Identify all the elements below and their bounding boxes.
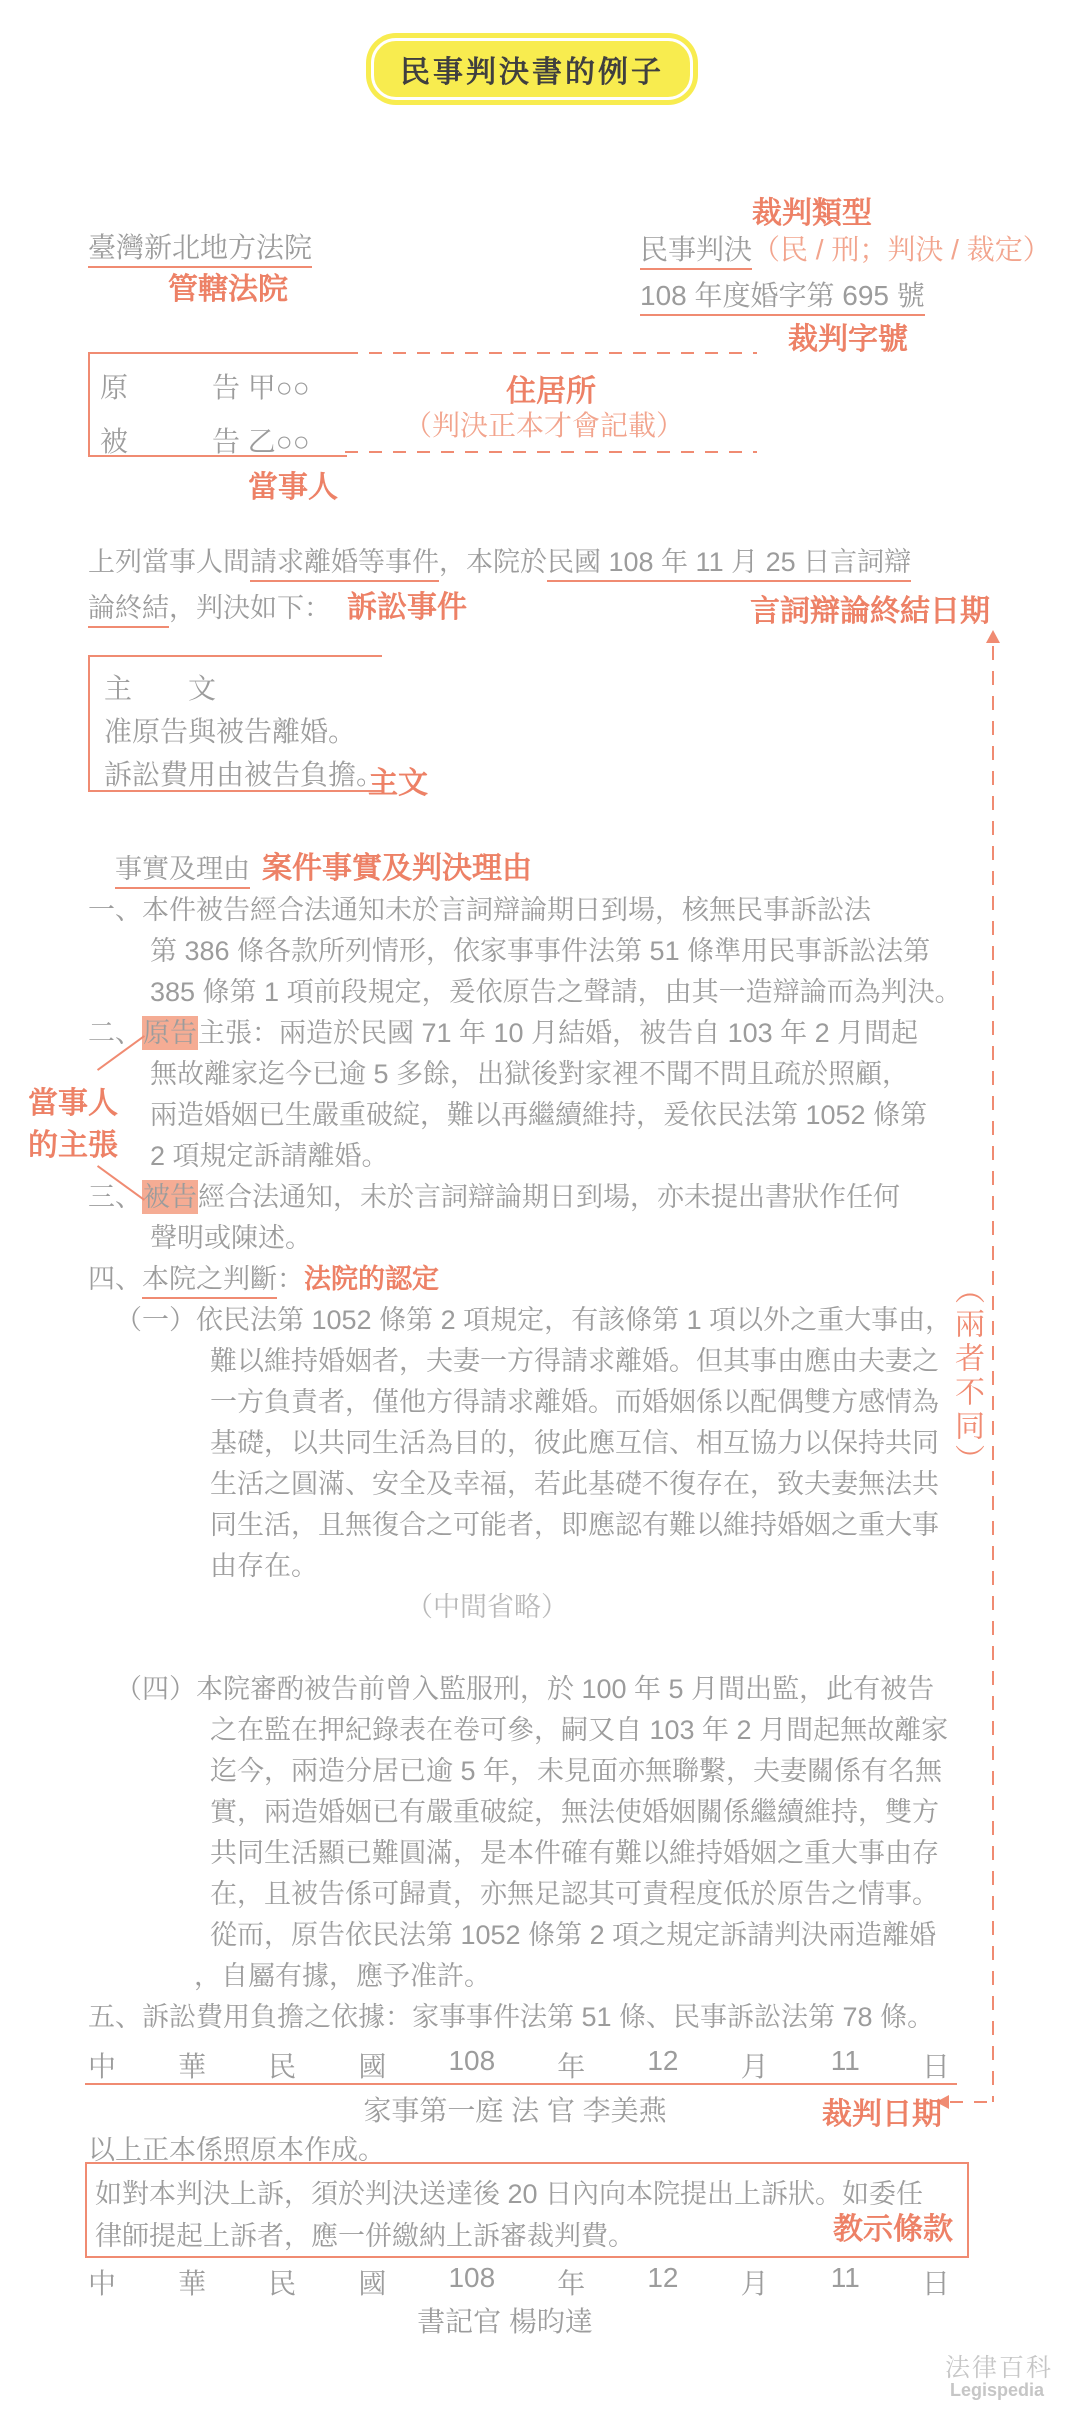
main-text-box: 主 文 准原告與被告離婚。 訴訟費用由被告負擔。 xyxy=(88,655,382,792)
doc-type: 民事判決 xyxy=(640,234,752,270)
annotation-parties: 當事人 xyxy=(248,462,338,506)
date-token: 12 xyxy=(647,2045,678,2085)
doc-type-line: 民事判決（民 / 刑；判決 / 裁定） xyxy=(640,228,1051,268)
body-line: 二、原告主張：兩造於民國 71 年 10 月結婚，被告自 103 年 2 月間起 xyxy=(88,1013,1008,1054)
date-token: 108 xyxy=(448,2045,495,2085)
body-line: 共同生活顯已難圓滿，是本件確有難以維持婚姻之重大事由存 xyxy=(210,1833,1008,1874)
body-line: 2 項規定訴請離婚。 xyxy=(150,1136,1008,1177)
arrow-up-icon xyxy=(986,630,1000,643)
date-token: 日 xyxy=(922,2262,950,2302)
body-line: 從而，原告依民法第 1052 條第 2 項之規定訴請判決兩造離婚 xyxy=(210,1915,1008,1956)
body-line: 兩造婚姻已生嚴重破綻，難以再繼續維持，爰依民法第 1052 條第 xyxy=(150,1095,1008,1136)
body-line: 生活之圓滿、安全及幸福，若此基礎不復存在，致夫妻無法共 xyxy=(210,1464,1008,1505)
date-token: 12 xyxy=(647,2262,678,2302)
annotation-claims-2: 的主張 xyxy=(28,1120,118,1164)
date-token: 中 xyxy=(88,2262,116,2302)
body-line xyxy=(88,1628,1008,1669)
body-line: 實，兩造婚姻已有嚴重破綻，無法使婚姻關係繼續維持，雙方 xyxy=(210,1792,1008,1833)
body-line: 迄今，兩造分居已逾 5 年，未見面亦無聯繫，夫妻關係有名無 xyxy=(210,1751,1008,1792)
body-line: 三、被告經合法通知，未於言詞辯論期日到場，亦未提出書狀作任何 xyxy=(88,1177,1008,1218)
date-token: 108 xyxy=(448,2262,495,2302)
body-line: 由存在。 xyxy=(210,1546,1008,1587)
body-line: 第 386 條各款所列情形，依家事事件法第 51 條準用民事訴訟法第 xyxy=(150,931,1008,972)
case-number: 108 年度婚字第 695 號 xyxy=(640,274,925,314)
defendant-row: 被 告 乙○○ xyxy=(100,420,310,460)
title-badge: 民事判決書的例子 xyxy=(366,33,698,105)
date-token: 日 xyxy=(922,2045,950,2085)
notice-line: 如對本判決上訴，須於判決送達後 20 日內向本院提出上訴狀。如委任 xyxy=(95,2172,923,2211)
main-text-line: 訴訟費用由被告負擔。 xyxy=(104,753,384,793)
date-token: 國 xyxy=(358,2262,386,2302)
legispedia-logo-zh: 法律百科 xyxy=(945,2348,1053,2384)
date-token: 11 xyxy=(831,2262,860,2302)
date-token: 華 xyxy=(178,2262,206,2302)
body-line: 難以維持婚姻者，夫妻一方得請求離婚。但其事由應由夫妻之 xyxy=(210,1341,1008,1382)
body-line: 同生活，且無復合之可能者，即應認有難以維持婚姻之重大事 xyxy=(210,1505,1008,1546)
date-token: 年 xyxy=(557,2262,585,2302)
court-name: 臺灣新北地方法院 xyxy=(88,226,312,266)
body-line: 一方負責者，僅他方得請求離婚。而婚姻係以配偶雙方感情為 xyxy=(210,1382,1008,1423)
notice-line: 律師提起上訴者，應一併繳納上訴審裁判費。 xyxy=(95,2214,635,2253)
annotation-facts: 案件事實及判決理由 xyxy=(262,852,532,885)
date-token: 月 xyxy=(741,2045,769,2085)
body-line: 385 條第 1 項前段規定，爰依原告之聲請，由其一造辯論而為判決。 xyxy=(150,972,1008,1013)
differ-dashed-line xyxy=(992,646,994,2102)
body-line: （中間省略） xyxy=(406,1587,1008,1628)
plaintiff-row: 原 告 甲○○ xyxy=(100,366,310,406)
annotation-residence-note: （判決正本才會記載） xyxy=(404,404,684,444)
date-token: 年 xyxy=(557,2045,585,2085)
annotated-civil-judgment-page: 民事判決書的例子 臺灣新北地方法院 管轄法院 裁判類型 民事判決（民 / 刑；判… xyxy=(0,0,1065,2416)
annotation-main-text: 主文 xyxy=(368,758,428,802)
annotation-hearing-end-date: 言詞辯論終結日期 xyxy=(750,586,990,630)
body-line: 五、訴訟費用負擔之依據：家事事件法第 51 條、民事訴訟法第 78 條。 xyxy=(88,1997,1008,2038)
date-token: 民 xyxy=(268,2262,296,2302)
doc-type-note: （民 / 刑；判決 / 裁定） xyxy=(752,234,1051,265)
facts-heading: 事實及理由案件事實及判決理由 xyxy=(115,843,532,887)
body-line: 聲明或陳述。 xyxy=(150,1218,1008,1259)
date-token: 11 xyxy=(831,2045,860,2085)
body-line: ，自屬有據，應予准許。 xyxy=(194,1956,1008,1997)
annotation-judgment-type: 裁判類型 xyxy=(752,188,872,232)
date-token: 月 xyxy=(741,2262,769,2302)
annotation-notice-clause: 教示條款 xyxy=(833,2204,953,2248)
judgment-date-line: 中華民國108年12月11日 xyxy=(88,2045,950,2085)
annotation-case-number: 裁判字號 xyxy=(788,314,908,358)
legispedia-logo-en: Legispedia xyxy=(945,2380,1049,2401)
body-line: 無故離家迄今已逾 5 多餘，出獄後對家裡不聞不問且疏於照顧， xyxy=(150,1054,1008,1095)
body-line: 之在監在押紀錄表在卷可參，嗣又自 103 年 2 月間起無故離家 xyxy=(210,1710,1008,1751)
body-line: 一、本件被告經合法通知未於言詞辯論期日到場，核無民事訴訟法 xyxy=(88,890,1008,931)
date-token: 華 xyxy=(178,2045,206,2085)
annotation-jurisdiction-court: 管轄法院 xyxy=(168,264,288,308)
residence-dashed-bottom xyxy=(345,451,757,453)
residence-dashed-top xyxy=(345,352,757,354)
judgment-date-underline xyxy=(85,2083,957,2085)
main-text-heading: 主 文 xyxy=(104,667,216,707)
page-title: 民事判決書的例子 xyxy=(371,38,693,100)
annotation-claims-1: 當事人 xyxy=(28,1078,118,1122)
annotation-judgment-date: 裁判日期 xyxy=(822,2089,942,2133)
annotation-case-type: 訴訟事件 xyxy=(347,591,467,624)
date-token: 中 xyxy=(88,2045,116,2085)
clerk-date-line: 中華民國108年12月11日 xyxy=(88,2262,950,2302)
annotation-both-differ: （兩者不同） xyxy=(944,1274,988,1478)
parties-box: 原 告 甲○○ 被 告 乙○○ xyxy=(88,352,347,457)
date-token: 民 xyxy=(268,2045,296,2085)
clerk-signature: 書記官 楊昀達 xyxy=(0,2300,1010,2340)
notice-box: 如對本判決上訴，須於判決送達後 20 日內向本院提出上訴狀。如委任 律師提起上訴… xyxy=(85,2162,969,2258)
body-line: （一）依民法第 1052 條第 2 項規定，有該條第 1 項以外之重大事由， xyxy=(115,1300,1008,1341)
judgment-body: 一、本件被告經合法通知未於言詞辯論期日到場，核無民事訴訟法第 386 條各款所列… xyxy=(88,890,1008,2038)
intro-line-1: 上列當事人間請求離婚等事件，本院於民國 108 年 11 月 25 日言詞辯 xyxy=(88,540,911,585)
body-line: 四、本院之判斷：法院的認定 xyxy=(88,1259,1008,1300)
date-token: 國 xyxy=(358,2045,386,2085)
body-line: 在，且被告係可歸責，亦無足認其可責程度低於原告之情事。 xyxy=(210,1874,1008,1915)
main-text-line: 准原告與被告離婚。 xyxy=(104,710,356,750)
body-line: （四）本院審酌被告前曾入監服刑，於 100 年 5 月間出監，此有被告 xyxy=(115,1669,1008,1710)
body-line: 基礎，以共同生活為目的，彼此應互信、相互協力以保持共同 xyxy=(210,1423,1008,1464)
